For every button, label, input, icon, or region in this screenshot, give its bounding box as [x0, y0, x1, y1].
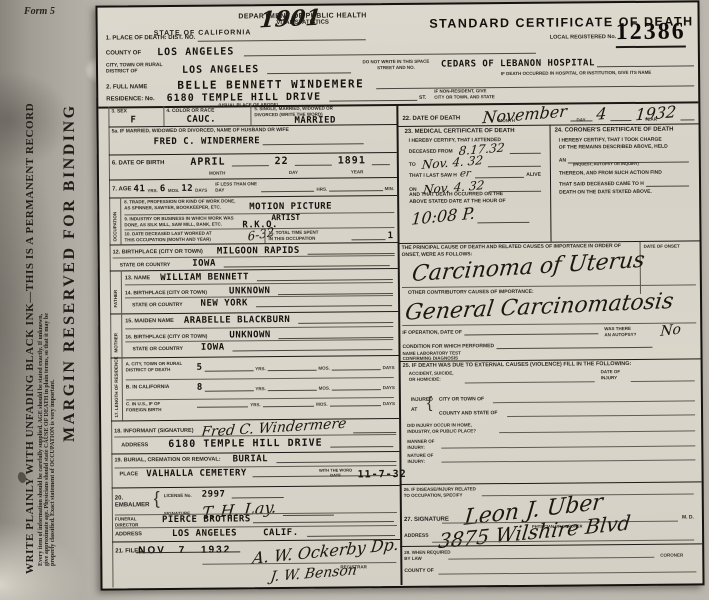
residence-a-mos: MOS.	[318, 366, 330, 371]
operation-label: IF OPERATION, DATE OF	[402, 329, 462, 336]
certificate-form: STATE OF CALIFORNIA 1901 DEPARTMENT OF P…	[95, 0, 704, 590]
burial-date-label: DATE	[316, 472, 356, 477]
coroner-t3: AN	[559, 158, 566, 164]
sub-line	[124, 212, 394, 215]
residence-c-mos: MOS.	[316, 402, 328, 407]
blank-line	[438, 571, 696, 574]
birthplace-state-row: STATE OR COUNTRY IOWA	[120, 257, 390, 268]
father-birthplace-label: 14. BIRTHPLACE (CITY OR TOWN)	[125, 289, 207, 296]
external-title: 25. IF DEATH WAS DUE TO EXTERNAL CAUSES …	[403, 360, 699, 369]
residence-b-label: B. IN CALIFORNIA	[126, 384, 170, 391]
fullname-value: BELLE BENNETT WINDEMERE	[177, 77, 364, 92]
birthplace-state-value: IOWA	[192, 259, 216, 269]
coroner-t4: (INQUEST, AUTOPSY OR INQUIRY)	[573, 161, 639, 167]
father-name-value: WILLIAM BENNETT	[160, 272, 249, 283]
dob-row: 6. DATE OF BIRTH APRIL 22 1891	[112, 155, 390, 167]
county-of-label: COUNTY OF	[404, 568, 433, 575]
coroner-t1: I HEREBY CERTIFY, THAT I TOOK CHARGE	[559, 137, 662, 144]
residence-label: RESIDENCE: No.	[106, 96, 154, 104]
funeral-director-label: FUNERAL DIRECTOR	[115, 516, 149, 528]
condition-label: CONDITION FOR WHICH PERFORMED	[402, 343, 494, 350]
side-strip-line	[122, 357, 124, 420]
manner-line1: MANNER OF	[407, 439, 434, 445]
medical-hour-row: 10:08 P.	[411, 206, 529, 224]
informant-address-row: ADDRESS 6180 TEMPLE HILL DRIVE	[121, 437, 393, 449]
margin-note-3: properly classified. Exact statement of …	[50, 26, 56, 592]
date-of-injury-line2: INJURY	[601, 375, 631, 381]
mother-birthplace-label: 16. BIRTHPLACE (CITY OR TOWN)	[125, 333, 207, 340]
residence-c-row: YRS. MOS. DAYS	[197, 401, 395, 408]
autopsy-label-line2: AN AUTOPSY?	[604, 331, 646, 337]
blank-line	[448, 557, 654, 560]
place-of-death-row: 1. PLACE OF DEATH: DIST. NO.	[106, 33, 366, 42]
filed-stamp-day: 7	[179, 545, 187, 556]
informant-row: 18. INFORMANT (SIGNATURE) Fred C. Winder…	[114, 419, 396, 435]
cell-divider	[163, 106, 164, 126]
nature-line2: INJURY:	[407, 459, 425, 465]
sex-value: F	[130, 115, 136, 125]
city-row: CITY, TOWN OR RURAL DISTRICT OF LOS ANGE…	[106, 60, 351, 75]
embalmer-address-label: ADDRESS	[115, 531, 142, 538]
industry-label-line2: DONE, AS SILK MILL, SAW MILL, BANK, ETC.	[124, 221, 242, 228]
trade-label-line2: AS SPINNER, SAWYER, BOOKKEEPER, ETC.	[124, 204, 242, 211]
age-label: 7. AGE	[112, 186, 132, 193]
related-line2: TO OCCUPATION, SPECIFY	[404, 492, 463, 498]
dob-cap-month: MONTH	[209, 171, 226, 176]
mother-side-label: MOTHER	[113, 333, 118, 353]
row-border	[109, 195, 397, 199]
age-cap-min: MIN.	[385, 186, 395, 191]
residence-b-row: 8 YRS. MOS. DAYS	[197, 381, 395, 392]
when-required-line2: BY LAW	[404, 556, 421, 562]
blank-line	[465, 381, 595, 383]
medical-t6: AND THAT DEATH OCCURRED ON THE	[409, 191, 503, 198]
side-strip-line	[120, 197, 121, 244]
county-row: COUNTY OF LOS ANGELES	[106, 44, 536, 58]
father-name-row: 13. NAME WILLIAM BENNETT	[125, 271, 393, 282]
dob-cap-day: DAY	[289, 170, 298, 175]
injury-place-line2: INDUSTRY, OR PUBLIC PLACE?	[407, 428, 476, 434]
injured-at-label: AT	[411, 407, 417, 413]
filed-stamp-year: 1932	[201, 544, 231, 555]
place-of-death-label: 1. PLACE OF DEATH: DIST. NO.	[106, 35, 196, 43]
death-month: November	[481, 101, 567, 127]
birthplace-state-label: STATE OR COUNTRY	[120, 262, 171, 269]
burial-date-value: 11-7-32	[358, 469, 407, 480]
total-time-line2: IN THIS OCCUPATION	[268, 235, 348, 241]
age-row: 7. AGE 41 YRS. 6 MOS. 12 DAYS IF LESS TH…	[112, 180, 394, 194]
fullname-label: 2. FULL NAME	[106, 84, 147, 92]
nature-line1: NATURE OF	[407, 453, 433, 459]
blank-line	[631, 380, 695, 382]
residence-a-label: A. CITY, TOWN OR RURAL DISTRICT OF DEATH	[126, 361, 196, 373]
age-cap-hrs: HRS.	[317, 187, 328, 192]
condition-row: CONDITION FOR WHICH PERFORMED	[402, 342, 652, 350]
death-day: 4	[595, 104, 607, 124]
residence-a-yrs: YRS.	[255, 366, 266, 371]
death-hour: 10:08 P.	[411, 203, 476, 228]
coroner-cert-title: 24. CORONER'S CERTIFICATE OF DEATH	[555, 127, 674, 135]
informant-label: 18. INFORMANT (SIGNATURE)	[114, 428, 193, 436]
blank-line	[493, 400, 695, 403]
funeral-director-value: PIERCE BROTHERS	[162, 514, 251, 525]
injured-brace: {	[427, 395, 433, 413]
date-of-death-label: 22. DATE OF DEATH	[402, 115, 460, 123]
spouse-label: 5a. IF MARRIED, WIDOWED OR DIVORCED, NAM…	[112, 126, 392, 135]
embalmer-label: 20. EMBALMER	[115, 495, 149, 510]
residence-a-value: 5	[197, 363, 203, 373]
residence-c-line2: FOREIGN BIRTH	[126, 406, 196, 412]
informant-address-label: ADDRESS	[121, 442, 148, 449]
last-worked-label: 10. DATE DECEASED LAST WORKED AT THIS OC…	[124, 230, 244, 242]
manner-line2: INJURY:	[407, 445, 425, 451]
when-required-line1: 28. WHEN REQUIRED	[404, 550, 450, 556]
md-label: M. D.	[682, 514, 694, 520]
city-label: CITY, TOWN OR RURAL DISTRICT OF	[106, 62, 168, 75]
medical-t3: TO	[409, 162, 416, 168]
informant-address-value: 6180 TEMPLE HILL DRIVE	[168, 438, 323, 450]
blank-line	[441, 445, 695, 448]
injured-county-label: COUNTY AND STATE OF	[439, 410, 497, 417]
sub-line	[402, 284, 696, 288]
medical-t4b: ALIVE	[526, 172, 541, 178]
form-number: Form 5	[24, 6, 55, 17]
sex-label: 3. SEX	[111, 108, 127, 114]
sub-line	[126, 397, 394, 400]
trade-label: 8. TRADE, PROFESSION OR KIND OF WORK DON…	[124, 198, 242, 210]
age-months: 6	[160, 184, 166, 194]
hospital-value: CEDARS OF LEBANON HOSPITAL	[441, 58, 595, 69]
spouse-row: FRED C. WINDERMERE	[154, 135, 364, 146]
spouse-value: FRED C. WINDERMERE	[154, 136, 261, 147]
embalmer-address-row: ADDRESS LOS ANGELES CALIF.	[115, 527, 395, 538]
dob-cap-year: YEAR	[351, 169, 364, 174]
father-birthplace-value: UNKNOWN	[229, 286, 271, 296]
blank-line	[499, 430, 695, 433]
father-state-row: STATE OR COUNTRY NEW YORK	[132, 297, 392, 308]
death-cap-year: YEAR	[644, 117, 657, 122]
mother-name-value: ARABELLE BLACKBURN	[184, 315, 291, 326]
county-value: LOS ANGELES	[157, 46, 234, 58]
autopsy-value: No	[660, 321, 682, 340]
funeral-director-row: PIERCE BROTHERS	[162, 513, 394, 524]
cause-intro-2: ONSET, WERE AS FOLLOWS:	[402, 251, 473, 258]
mother-state-value: IOWA	[201, 343, 225, 353]
filed-stamp-month: NOV	[138, 545, 166, 556]
hospital-row: CEDARS OF LEBANON HOSPITAL	[441, 57, 694, 68]
row-border	[111, 355, 399, 359]
burial-value: BURIAL	[233, 454, 269, 464]
last-worked-line2: THIS OCCUPATION (MONTH AND YEAR)	[124, 236, 244, 243]
department-line2: VITAL STATISTICS	[233, 19, 373, 27]
coroner-t5: THEREON, AND FROM SUCH ACTION FIND	[559, 170, 662, 177]
city-value: LOS ANGELES	[182, 64, 259, 76]
certificate-divider	[550, 125, 552, 242]
medical-to-row: TO Nov. 4. 32	[409, 155, 541, 168]
onset-label: DATE OF ONSET	[644, 243, 694, 249]
physician-address-label: ADDRESS	[404, 533, 429, 539]
date-of-injury-label: DATE OF INJURY	[601, 369, 631, 381]
residence-b-value: 8	[197, 383, 203, 393]
accident-label: ACCIDENT, SUICIDE, OR HOMICIDE:	[409, 370, 469, 382]
age-less-label: IF LESS THAN ONE DAY	[215, 181, 259, 193]
age-cap-yrs: YRS.	[147, 188, 158, 193]
burial-place-value: VALHALLA CEMETERY	[146, 468, 247, 479]
coroner-cap-label: CORONER	[660, 553, 683, 558]
dob-label: 6. DATE OF BIRTH	[112, 160, 165, 168]
mother-name-label: 15. MAIDEN NAME	[125, 318, 174, 325]
medical-t4: THAT I LAST SAW H	[409, 172, 457, 179]
mother-state-row: STATE OR COUNTRY IOWA	[132, 341, 392, 352]
row-border	[400, 481, 702, 485]
father-state-value: NEW YORK	[200, 298, 247, 308]
race-value: CAUC.	[186, 115, 216, 125]
trade-value: MOTION PICTURE	[249, 202, 332, 213]
street-and-no-label: STREET AND NO.	[354, 64, 438, 70]
st-label: ST.	[419, 95, 426, 101]
medical-t7: ABOVE STATED DATE AT THE HOUR OF	[409, 198, 505, 205]
dob-day: 22	[275, 156, 289, 167]
total-time-row: 1	[351, 231, 393, 240]
coroner-t6: THAT SAID DECEASED CAME TO H	[559, 181, 644, 188]
side-strip-line	[121, 270, 122, 313]
cell-divider	[264, 228, 265, 243]
dob-year: 1891	[338, 155, 366, 166]
residence-b-days: DAYS	[383, 385, 395, 390]
department-heading: DEPARTMENT OF PUBLIC HEALTH VITAL STATIS…	[233, 12, 373, 27]
registered-number-stamp: 12386	[616, 18, 686, 48]
blank-line	[507, 414, 695, 417]
embalmer-brace: {	[154, 488, 160, 509]
coroner-t2: OF THE REMAINS DESCRIBED ABOVE, HELD	[559, 144, 668, 151]
nonresident-line2: CITY OR TOWN, AND STATE	[434, 93, 544, 100]
fullname-row: 2. FULL NAME BELLE BENNETT WINDEMERE	[106, 74, 694, 91]
total-time-value: 1	[388, 231, 394, 241]
burial-row: 19. BURIAL, CREMATION OR REMOVAL: BURIAL	[114, 453, 396, 464]
do-not-write-note: DO NOT WRITE IN THIS SPACE STREET AND NO…	[354, 59, 438, 71]
medical-lastsaw-row: THAT I LAST SAW H er ALIVE	[409, 168, 541, 179]
cell-divider	[250, 105, 251, 125]
side-strip-line	[121, 313, 122, 357]
embalmer-license-label: LICENSE No.	[164, 493, 192, 499]
autopsy-label: WAS THERE AN AUTOPSY?	[604, 326, 646, 338]
residence-b-mos: MOS.	[319, 386, 331, 391]
birthplace-label: 12. BIRTHPLACE (CITY OR TOWN)	[113, 249, 203, 257]
margin-reserved-label: MARGIN RESERVED FOR BINDING	[61, 26, 79, 592]
race-label: 4. COLOR OR RACE	[166, 108, 214, 115]
mother-birthplace-value: UNKNOWN	[229, 330, 271, 340]
burial-date-note: WITH THE WORD DATE	[315, 467, 355, 477]
coroner-t6-row: THAT SAID DECEASED CAME TO H	[559, 180, 689, 187]
burial-label: 19. BURIAL, CREMATION OR REMOVAL:	[114, 457, 220, 465]
embalmer-address-state: CALIF.	[263, 528, 299, 538]
coroner-t7: DEATH ON THE DATE STATED ABOVE.	[559, 189, 652, 196]
age-years: 41	[133, 184, 145, 194]
death-cap-day: DAY	[576, 117, 585, 122]
sub-line	[126, 377, 394, 380]
residence-c-days: DAYS	[383, 401, 395, 406]
industry-label: 9. INDUSTRY OR BUSINESS IN WHICH WORK WA…	[124, 215, 242, 227]
filed-date-stamp: NOV 7 1932	[138, 544, 231, 556]
dob-month: APRIL	[190, 157, 225, 168]
nonresident-note: IF NON-RESIDENT, GIVE CITY OR TOWN, AND …	[434, 88, 544, 100]
binding-margin-text: WRITE PLAINLY WITH UNFADING BLACK INK—TH…	[24, 26, 79, 592]
residence-a-line2: DISTRICT OF DEATH	[126, 366, 196, 372]
residence-side-label: 17. LENGTH OF RESIDENCE	[114, 356, 120, 417]
age-cap-days: DAYS	[195, 188, 207, 193]
mother-state-label: STATE OR COUNTRY	[132, 346, 183, 353]
residence-c-yrs: YRS.	[250, 402, 261, 407]
burial-place-label: PLACE	[120, 471, 139, 478]
accident-line2: OR HOMICIDE:	[409, 376, 469, 382]
medical-lastsaw-hw: er	[459, 168, 471, 179]
residence-a-days: DAYS	[383, 365, 395, 370]
mother-name-row: 15. MAIDEN NAME ARABELLE BLACKBURN	[125, 314, 393, 325]
residence-a-row: 5 YRS. MOS. DAYS	[197, 361, 395, 372]
father-name-label: 13. NAME	[125, 275, 150, 282]
father-state-label: STATE OR COUNTRY	[132, 302, 183, 309]
medical-t2: DECEASED FROM	[409, 148, 453, 155]
total-time-label: 11. TOTAL TIME SPENT IN THIS OCCUPATION	[268, 229, 348, 241]
county-label: COUNTY OF	[106, 50, 141, 57]
occupation-side-label: OCCUPATION	[112, 212, 117, 242]
father-side-label: FATHER	[113, 290, 118, 308]
embalmer-license-value: 2997	[202, 490, 226, 500]
embalmer-address-city: LOS ANGELES	[172, 528, 237, 539]
blank-line	[441, 459, 695, 462]
age-days: 12	[181, 184, 193, 194]
deputy-signature: J. W. Benson	[269, 562, 357, 585]
residence-b-yrs: YRS.	[255, 386, 266, 391]
injured-city-label: CITY OR TOWN OF	[439, 396, 484, 403]
medical-cert-title: 23. MEDICAL CERTIFICATE OF DEATH	[405, 128, 515, 136]
operation-row: IF OPERATION, DATE OF	[402, 328, 598, 336]
death-cap-month: MONTH	[498, 118, 515, 123]
death-certificate-scan: Form 5 WRITE PLAINLY WITH UNFADING BLACK…	[0, 0, 709, 600]
residence-c-label: C. IN U.S., IF OF FOREIGN BIRTH	[126, 401, 196, 413]
local-registered-label: LOCAL REGISTERED No.	[550, 34, 617, 41]
write-plainly-note: WRITE PLAINLY WITH UNFADING BLACK INK—TH…	[24, 26, 36, 592]
age-cap-mos: MOS.	[168, 188, 180, 193]
